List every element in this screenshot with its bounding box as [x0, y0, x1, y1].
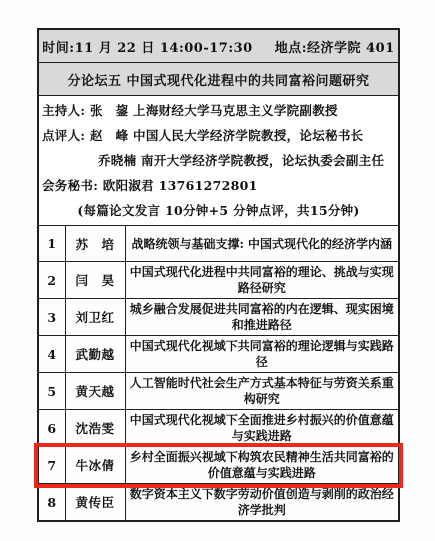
table-row: 4 武勤越 中国式现代化视域下共同富裕的理论逻辑与实践路径	[38, 336, 399, 373]
info-row: 主持人: 张 鋆 上海财经大学马克思主义学院副教授 点评人: 赵 峰 中国人民大…	[38, 96, 399, 226]
session-location: 地点:经济学院 401	[275, 41, 395, 56]
table-row: 2 闫 昊 中国式现代化进程中共同富裕的理论、挑战与实现路径研究	[38, 262, 399, 299]
table-row: 8 黄传臣 数字资本主义下数字劳动价值创造与剥削的政治经济学批判	[38, 484, 399, 522]
commentator-line-2: 乔晓楠 南开大学经济学院教授，论坛执委会副主任	[42, 148, 395, 173]
paper-title-cell: 乡村全面振兴视域下构筑农民精神生活共同富裕的价值意蕴与实践进路	[125, 447, 399, 484]
forum-title: 分论坛五 中国式现代化进程中的共同富裕问题研究	[38, 63, 399, 96]
presenter-name-cell: 武勤越	[65, 336, 125, 373]
presenter-name-cell: 闫 昊	[65, 262, 125, 299]
presenter-name-cell: 牛冰倩	[65, 447, 125, 484]
info-block: 主持人: 张 鋆 上海财经大学马克思主义学院副教授 点评人: 赵 峰 中国人民大…	[38, 96, 399, 226]
row-number-cell: 3	[38, 299, 65, 336]
paper-title-cell: 中国式现代化进程中共同富裕的理论、挑战与实现路径研究	[125, 262, 399, 299]
session-time: 时间:11 月 22 日 14:00-17:30	[42, 41, 252, 56]
row-number-cell: 2	[38, 262, 65, 299]
session-time-location: 时间:11 月 22 日 14:00-17:30地点:经济学院 401	[38, 29, 399, 63]
paper-title-cell: 人工智能时代社会生产方式基本特征与劳资关系重构研究	[125, 373, 399, 410]
row-number-cell: 7	[38, 447, 65, 484]
table-row-highlighted: 7 牛冰倩 乡村全面振兴视域下构筑农民精神生活共同富裕的价值意蕴与实践进路	[38, 447, 399, 484]
forum-title-row: 分论坛五 中国式现代化进程中的共同富裕问题研究	[38, 63, 399, 96]
secretary-line: 会务秘书: 欧阳淑君 13761272801	[42, 173, 395, 198]
document-page: 时间:11 月 22 日 14:00-17:30地点:经济学院 401 分论坛五…	[0, 0, 435, 541]
row-number-cell: 6	[38, 410, 65, 447]
table-row: 1 苏 培 战略统领与基础支撑: 中国式现代化的经济学内涵	[38, 226, 399, 262]
session-header-row: 时间:11 月 22 日 14:00-17:30地点:经济学院 401	[38, 29, 399, 63]
paper-title-cell: 数字资本主义下数字劳动价值创造与剥削的政治经济学批判	[125, 484, 399, 522]
note-line: (每篇论文发言 10分钟+5 分钟点评，共15分钟)	[42, 198, 395, 223]
row-number-cell: 8	[38, 484, 65, 522]
presenter-name-cell: 刘卫红	[65, 299, 125, 336]
commentator-line-1: 点评人: 赵 峰 中国人民大学经济学院教授，论坛秘书长	[42, 123, 395, 148]
row-number-cell: 5	[38, 373, 65, 410]
presenter-name-cell: 黄传臣	[65, 484, 125, 522]
presenter-name-cell: 苏 培	[65, 226, 125, 262]
table-row: 3 刘卫红 城乡融合发展促进共同富裕的内在逻辑、现实困境和推进路径	[38, 299, 399, 336]
row-number-cell: 1	[38, 226, 65, 262]
table-row: 6 沈浩雯 中国式现代化视域下全面推进乡村振兴的价值意蕴与实践进路	[38, 410, 399, 447]
row-number-cell: 4	[38, 336, 65, 373]
presenter-name-cell: 黄天越	[65, 373, 125, 410]
program-table: 时间:11 月 22 日 14:00-17:30地点:经济学院 401 分论坛五…	[37, 28, 400, 522]
paper-title-cell: 中国式现代化视域下共同富裕的理论逻辑与实践路径	[125, 336, 399, 373]
paper-title-cell: 城乡融合发展促进共同富裕的内在逻辑、现实困境和推进路径	[125, 299, 399, 336]
presenter-name-cell: 沈浩雯	[65, 410, 125, 447]
table-row: 5 黄天越 人工智能时代社会生产方式基本特征与劳资关系重构研究	[38, 373, 399, 410]
host-line: 主持人: 张 鋆 上海财经大学马克思主义学院副教授	[42, 98, 395, 123]
paper-title-cell: 中国式现代化视域下全面推进乡村振兴的价值意蕴与实践进路	[125, 410, 399, 447]
paper-title-cell: 战略统领与基础支撑: 中国式现代化的经济学内涵	[125, 226, 399, 262]
